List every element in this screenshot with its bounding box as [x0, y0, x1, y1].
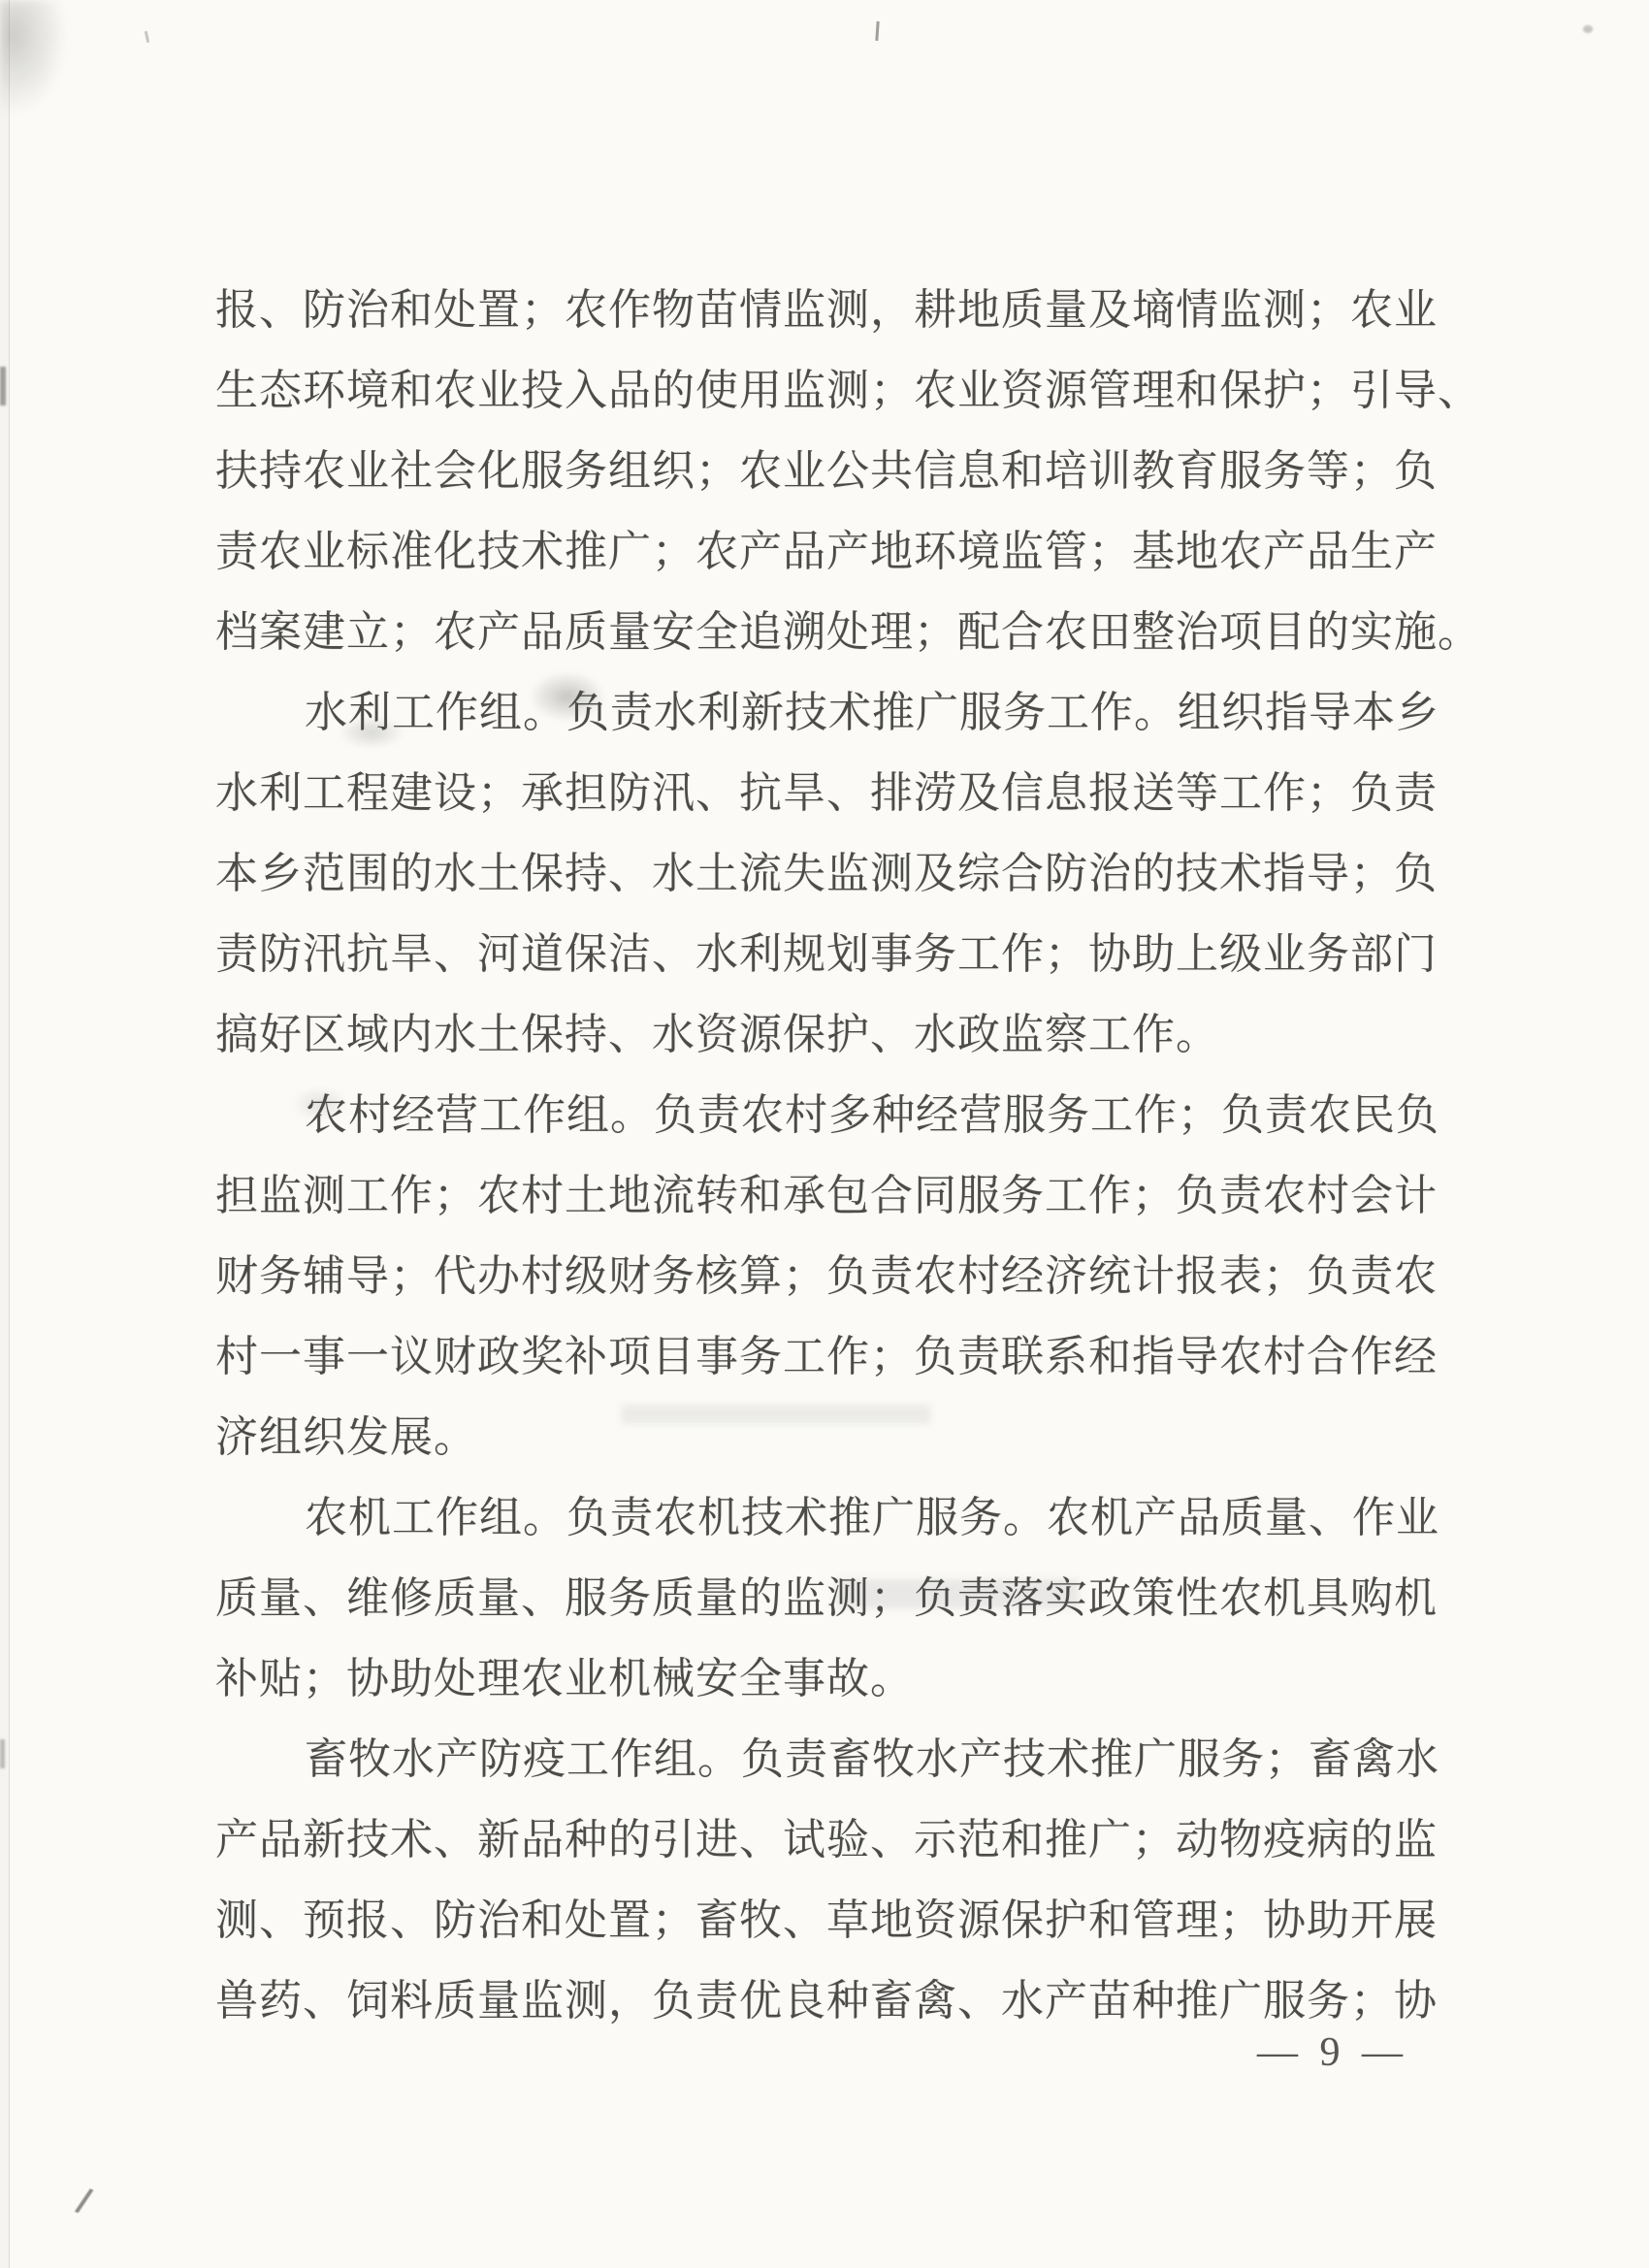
text-line: 测、预报、防治和处置；畜牧、草地资源保护和管理；协助开展: [215, 1880, 1436, 1960]
text-line: 畜牧水产防疫工作组。负责畜牧水产技术推广服务；畜禽水: [215, 1719, 1436, 1799]
text-line: 搞好区域内水土保持、水资源保护、水政监察工作。: [215, 994, 1436, 1075]
text-line: 生态环境和农业投入品的使用监测；农业资源管理和保护；引导、: [215, 350, 1436, 431]
text-line: 责防汛抗旱、河道保洁、水利规划事务工作；协助上级业务部门: [215, 914, 1436, 994]
text-line: 济组织发展。: [215, 1397, 1436, 1477]
text-line: 财务辅导；代办村级财务核算；负责农村经济统计报表；负责农: [215, 1236, 1436, 1316]
scan-artifact: [0, 0, 68, 116]
text-line: 责农业标准化技术推广；农产品产地环境监管；基地农产品生产: [215, 511, 1436, 592]
text-line: 农机工作组。负责农机技术推广服务。农机产品质量、作业: [215, 1477, 1436, 1558]
page-number: — 9 —: [1257, 2029, 1408, 2076]
document-page: 报、防治和处置；农作物苗情监测，耕地质量及墒情监测；农业 生态环境和农业投入品的…: [0, 0, 1649, 2268]
text-line: 水利工程建设；承担防汛、抗旱、排涝及信息报送等工作；负责: [215, 753, 1436, 833]
scan-artifact: [875, 21, 879, 41]
text-line: 水利工作组。负责水利新技术推广服务工作。组织指导本乡: [215, 672, 1436, 753]
scan-artifact: [1583, 25, 1593, 33]
text-line: 补贴；协助处理农业机械安全事故。: [215, 1638, 1436, 1719]
text-line: 农村经营工作组。负责农村多种经营服务工作；负责农民负: [215, 1075, 1436, 1155]
text-line: 产品新技术、新品种的引进、试验、示范和推广；动物疫病的监: [215, 1799, 1436, 1880]
text-line: 质量、维修质量、服务质量的监测；负责落实政策性农机具购机: [215, 1558, 1436, 1638]
text-line: 兽药、饲料质量监测，负责优良种畜禽、水产苗种推广服务；协: [215, 1960, 1436, 2041]
text-line: 档案建立；农产品质量安全追溯处理；配合农田整治项目的实施。: [215, 592, 1436, 672]
scan-edge: [0, 0, 10, 2268]
scan-artifact: [75, 2188, 108, 2219]
text-line: 村一事一议财政奖补项目事务工作；负责联系和指导农村合作经: [215, 1316, 1436, 1397]
text-line: 扶持农业社会化服务组织；农业公共信息和培训教育服务等；负: [215, 431, 1436, 511]
text-line: 担监测工作；农村土地流转和承包合同服务工作；负责农村会计: [215, 1155, 1436, 1236]
document-body: 报、防治和处置；农作物苗情监测，耕地质量及墒情监测；农业 生态环境和农业投入品的…: [215, 270, 1436, 2041]
text-line: 本乡范围的水土保持、水土流失监测及综合防治的技术指导；负: [215, 833, 1436, 914]
text-line: 报、防治和处置；农作物苗情监测，耕地质量及墒情监测；农业: [215, 270, 1436, 350]
scan-artifact: [145, 31, 149, 43]
